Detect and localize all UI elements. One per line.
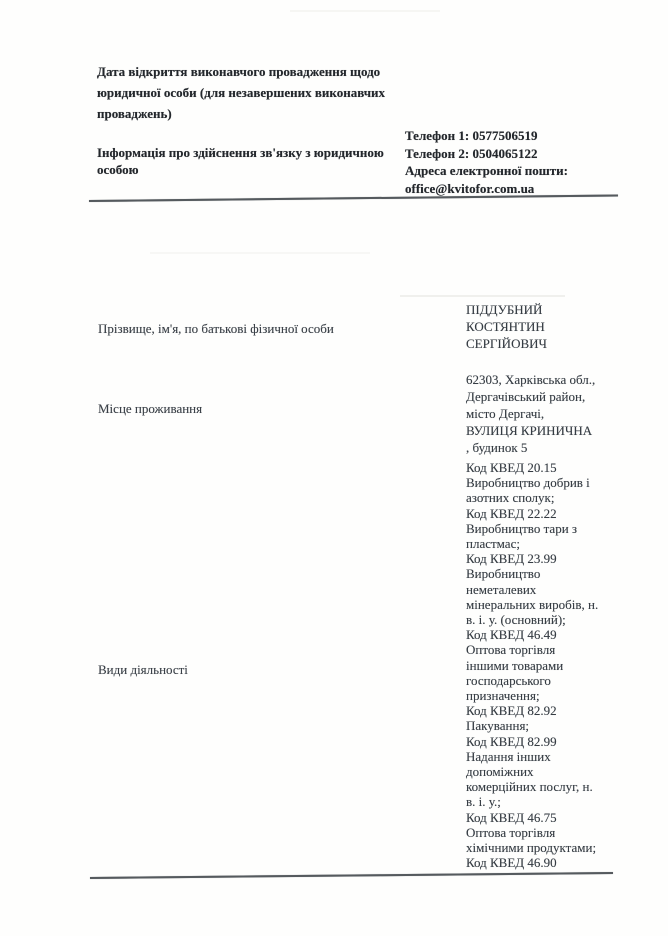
field-label-contact-information: Інформація про здійснення зв'язку з юрид…	[97, 144, 411, 178]
name-line: ПІДДУБНИЙ	[466, 301, 547, 318]
scanned-document-page: Дата відкриття виконавчого провадження щ…	[0, 0, 668, 936]
name-line: СЕРГІЙОВИЧ	[466, 335, 547, 352]
horizontal-divider-top	[89, 194, 618, 201]
activity-line: пластмас;	[466, 536, 598, 551]
field-label-activities: Види діяльності	[98, 661, 398, 678]
activity-line: Код КВЕД 22.22	[466, 506, 598, 521]
activity-line: мінеральних виробів, н.	[466, 597, 598, 612]
activity-line: іншими товарами	[466, 658, 598, 673]
activity-line: Код КВЕД 82.92	[466, 703, 598, 718]
activity-line: азотних сполук;	[466, 490, 598, 505]
activity-line: комерційних послуг, н.	[466, 779, 598, 794]
activity-line: в. і. у. (основний);	[466, 612, 598, 627]
field-label-date-of-opening-enforcement: Дата відкриття виконавчого провадження щ…	[97, 61, 415, 124]
field-value-residence: 62303, Харківська обл.,Дергачівський рай…	[466, 371, 595, 456]
name-line: КОСТЯНТИН	[466, 318, 547, 335]
scan-streak	[290, 10, 440, 12]
residence-line: 62303, Харківська обл.,	[466, 371, 595, 388]
activity-line: господарського	[466, 673, 598, 688]
residence-line: місто Дергачі,	[466, 405, 595, 422]
activity-line: допоміжних	[466, 764, 598, 779]
activity-line: Код КВЕД 23.99	[466, 551, 598, 566]
scan-streak	[150, 252, 370, 254]
field-label-residence: Місце проживання	[98, 400, 398, 417]
residence-line: , будинок 5	[466, 439, 595, 456]
activity-line: Код КВЕД 46.90	[466, 855, 598, 870]
activity-line: Код КВЕД 82.99	[466, 734, 598, 749]
contact-line: Телефон 2: 0504065122	[405, 145, 568, 163]
horizontal-divider-bottom	[90, 872, 613, 879]
field-value-contact-information: Телефон 1: 0577506519Телефон 2: 05040651…	[405, 127, 568, 197]
activity-line: Код КВЕД 20.15	[466, 460, 598, 475]
activity-line: призначення;	[466, 688, 598, 703]
scan-streak	[400, 295, 565, 297]
activity-line: Код КВЕД 46.49	[466, 627, 598, 642]
activity-line: хімічними продуктами;	[466, 840, 598, 855]
activity-line: Надання інших	[466, 749, 598, 764]
contact-line: Телефон 1: 0577506519	[405, 127, 568, 145]
residence-line: Дергачівський район,	[466, 388, 595, 405]
contact-line: Адреса електронної пошти:	[405, 162, 568, 180]
activity-line: Виробництво добрив і	[466, 475, 598, 490]
activity-line: неметалевих	[466, 582, 598, 597]
field-label-person-full-name: Прізвище, ім'я, по батькові фізичної осо…	[98, 320, 398, 337]
activity-line: Виробництво	[466, 566, 598, 581]
activity-line: в. і. у.;	[466, 794, 598, 809]
field-value-person-full-name: ПІДДУБНИЙКОСТЯНТИНСЕРГІЙОВИЧ	[466, 301, 547, 353]
activity-line: Виробництво тари з	[466, 521, 598, 536]
activity-line: Оптова торгівля	[466, 825, 598, 840]
activity-line: Пакування;	[466, 718, 598, 733]
field-value-activities: Код КВЕД 20.15Виробництво добрив іазотни…	[466, 460, 598, 870]
activity-line: Оптова торгівля	[466, 642, 598, 657]
residence-line: ВУЛИЦЯ КРИНИЧНА	[466, 422, 595, 439]
activity-line: Код КВЕД 46.75	[466, 810, 598, 825]
